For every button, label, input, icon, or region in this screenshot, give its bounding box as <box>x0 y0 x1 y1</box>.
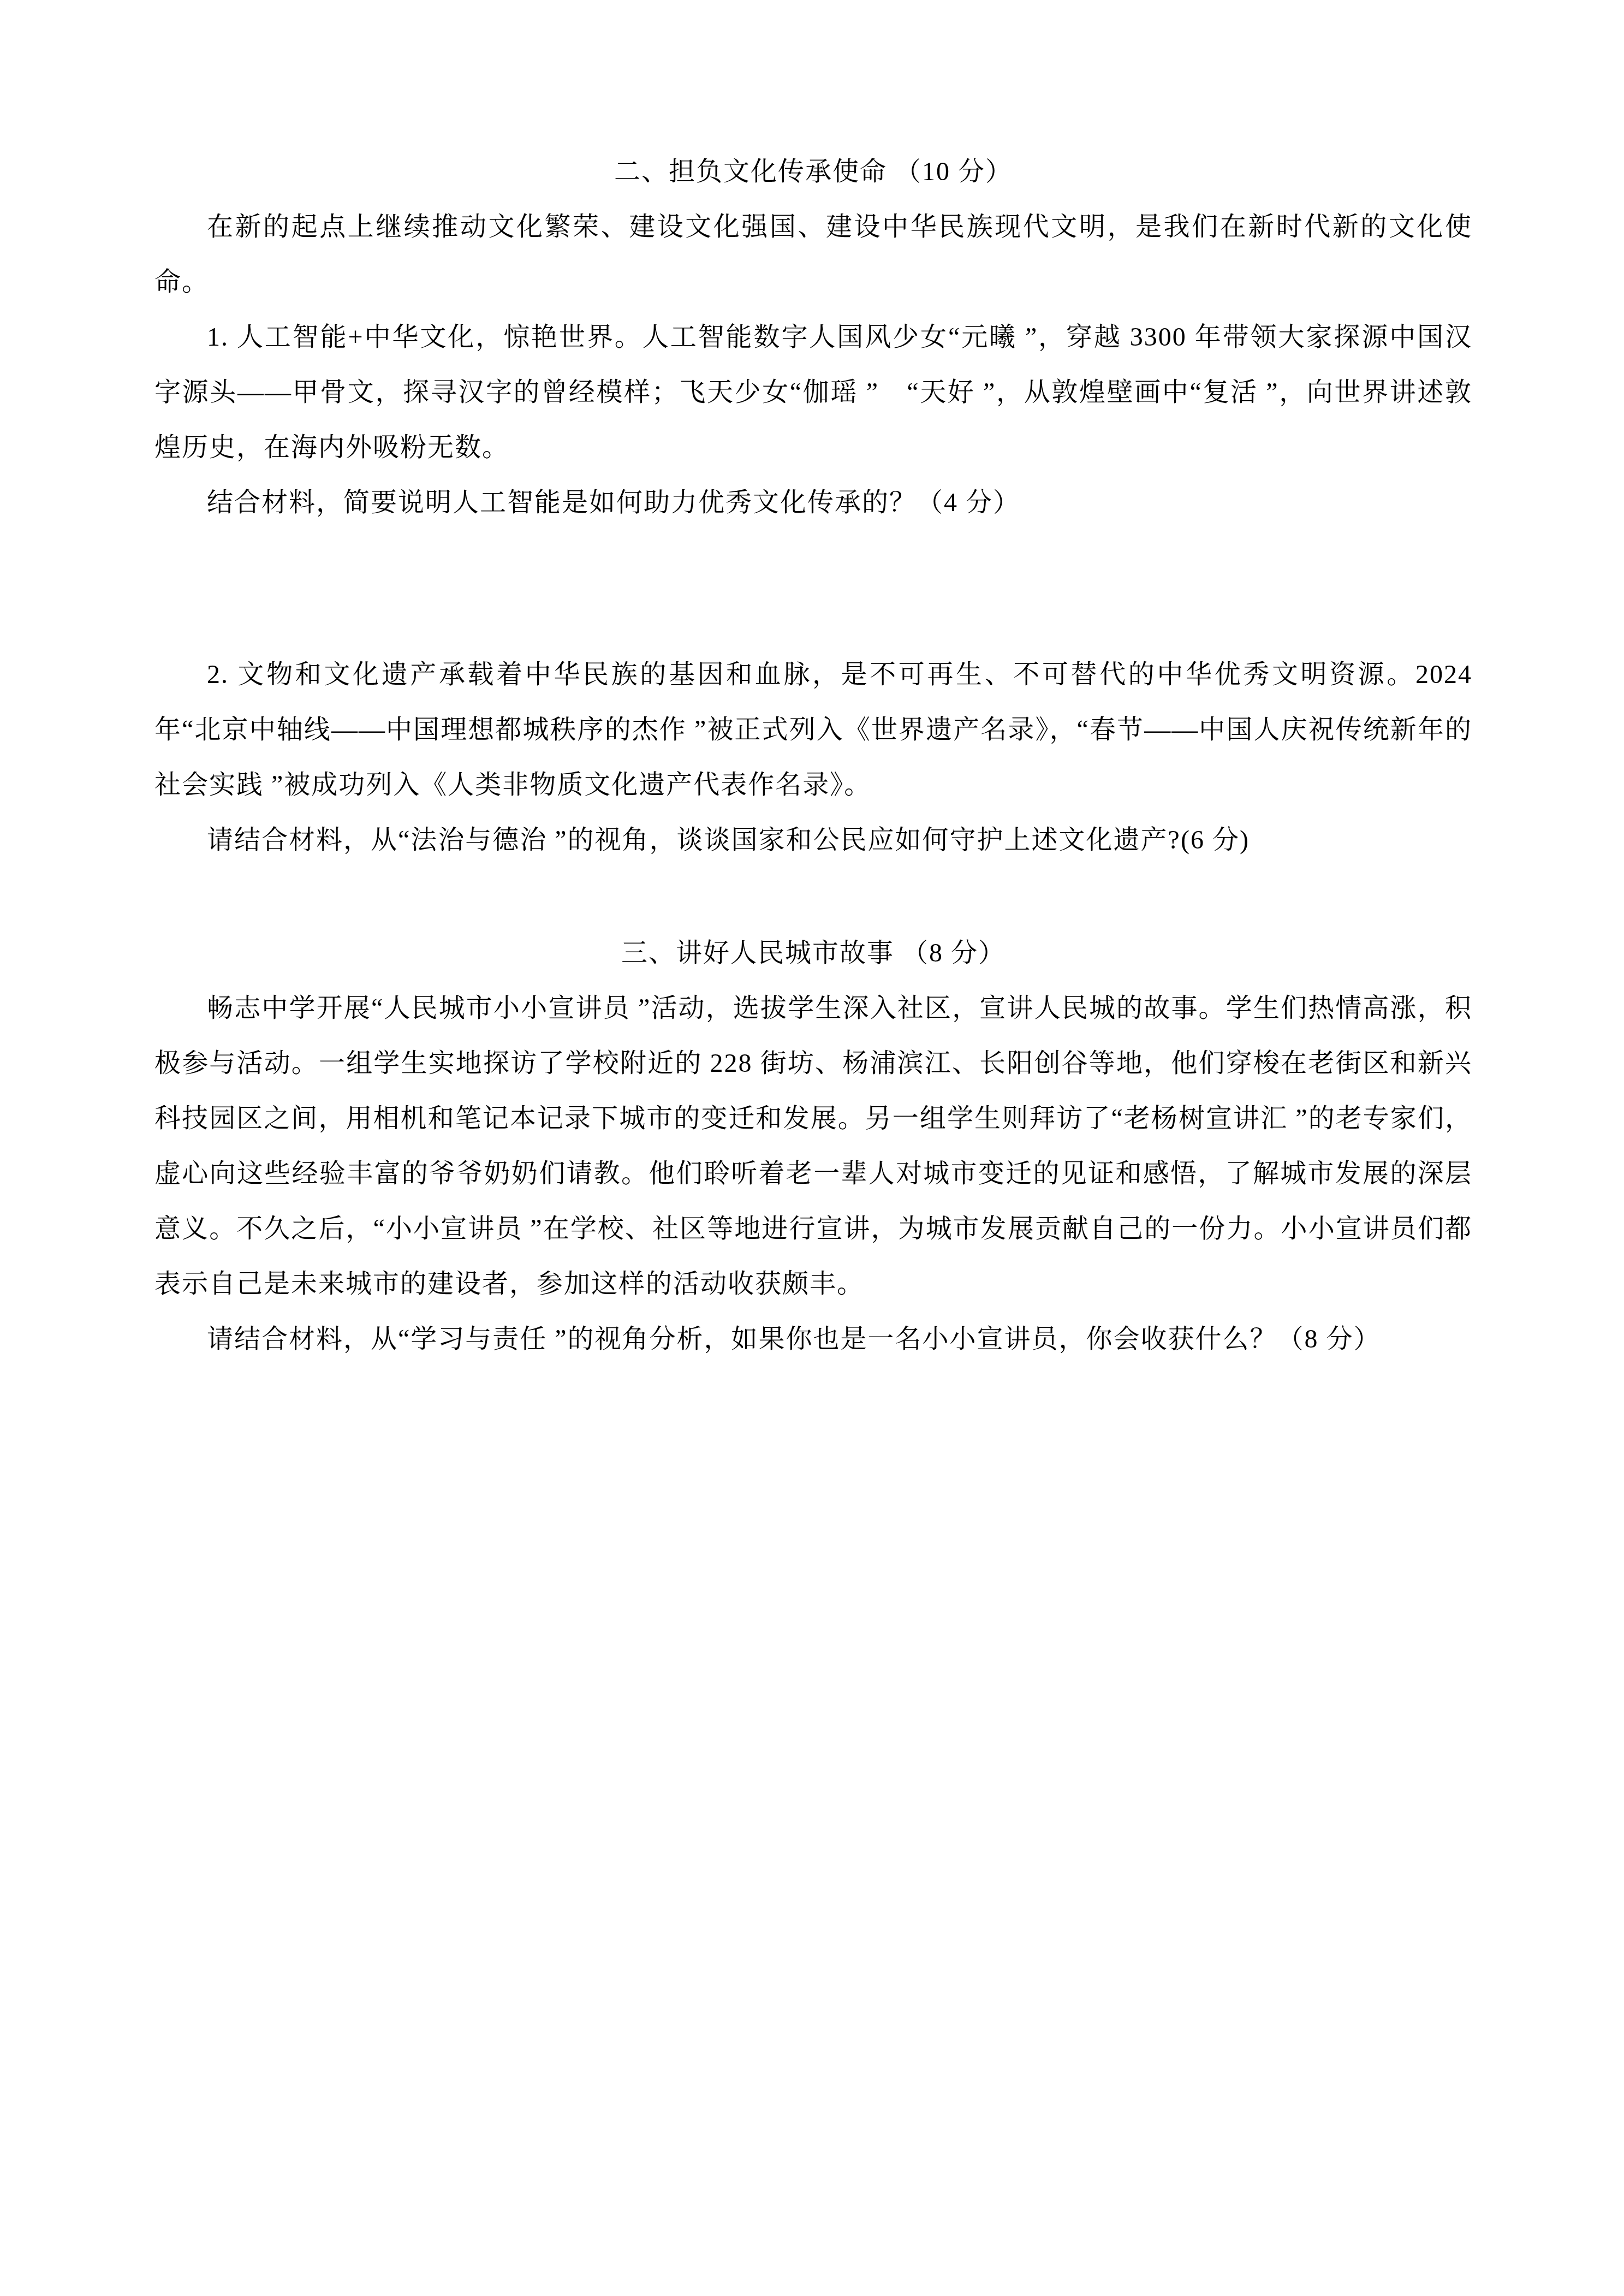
section-2-intro-paragraph: 在新的起点上继续推动文化繁荣、建设文化强国、建设中华民族现代文明，是我们在新时代… <box>154 199 1472 310</box>
section-2-material-1: 1. 人工智能+中华文化，惊艳世界。人工智能数字人国风少女“元曦 ”，穿越 33… <box>154 310 1472 475</box>
section-2-heading: 二、担负文化传承使命 （10 分） <box>154 144 1472 199</box>
section-3-material: 畅志中学开展“人民城市小小宣讲员 ”活动，选拔学生深入社区，宣讲人民城的故事。学… <box>154 981 1472 1312</box>
section-2-material-2: 2. 文物和文化遗产承载着中华民族的基因和血脉，是不可再生、不可替代的中华优秀文… <box>154 647 1472 812</box>
section-2-question-1: 结合材料，简要说明人工智能是如何助力优秀文化传承的？（4 分） <box>154 475 1472 530</box>
exam-page: 二、担负文化传承使命 （10 分） 在新的起点上继续推动文化繁荣、建设文化强国、… <box>0 0 1624 2296</box>
section-2-question-2: 请结合材料，从“法治与德治 ”的视角，谈谈国家和公民应如何守护上述文化遗产?(6… <box>154 812 1472 868</box>
section-3-question: 请结合材料，从“学习与责任 ”的视角分析，如果你也是一名小小宣讲员，你会收获什么… <box>154 1312 1472 1367</box>
answer-space <box>154 530 1472 647</box>
section-3-heading: 三、讲好人民城市故事 （8 分） <box>154 925 1472 981</box>
